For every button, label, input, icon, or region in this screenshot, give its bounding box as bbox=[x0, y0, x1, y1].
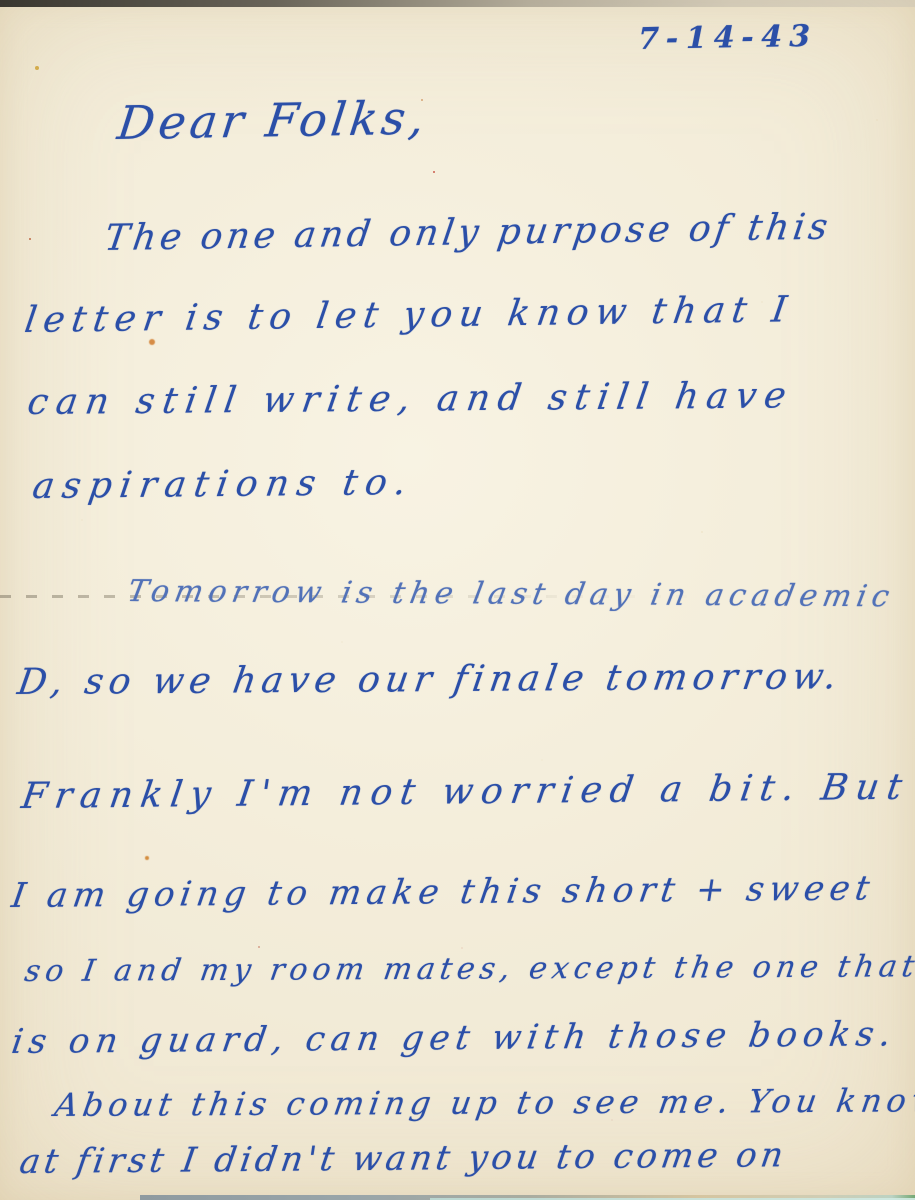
letter-line-4: aspirations to. bbox=[30, 462, 417, 507]
letter-page: 7-14-43 Dear Folks, The one and only pur… bbox=[0, 0, 915, 1200]
letter-line-2: letter is to let you know that I bbox=[22, 289, 796, 341]
letter-line-8: I am going to make this short + sweet bbox=[9, 868, 878, 916]
scan-edge-top bbox=[0, 0, 915, 7]
letter-date: 7-14-43 bbox=[635, 19, 821, 57]
letter-line-1: The one and only purpose of this bbox=[102, 207, 834, 260]
letter-line-6: D, so we have our finale tomorrow. bbox=[15, 656, 845, 703]
letter-salutation: Dear Folks, bbox=[115, 91, 432, 151]
letter-line-11: About this coming up to see me. You know bbox=[52, 1081, 915, 1124]
letter-line-9: so I and my room mates, except the one t… bbox=[22, 949, 915, 989]
letter-line-10: is on guard, can get with those books. bbox=[9, 1014, 900, 1062]
letter-line-7: Frankly I'm not worried a bit. But bbox=[19, 767, 913, 817]
letter-line-12: at first I didn't want you to come on bbox=[17, 1135, 790, 1182]
letter-line-3: can still write, and still have bbox=[25, 375, 797, 423]
letter-line-5: Tomorrow is the last day in academic bbox=[125, 574, 898, 614]
